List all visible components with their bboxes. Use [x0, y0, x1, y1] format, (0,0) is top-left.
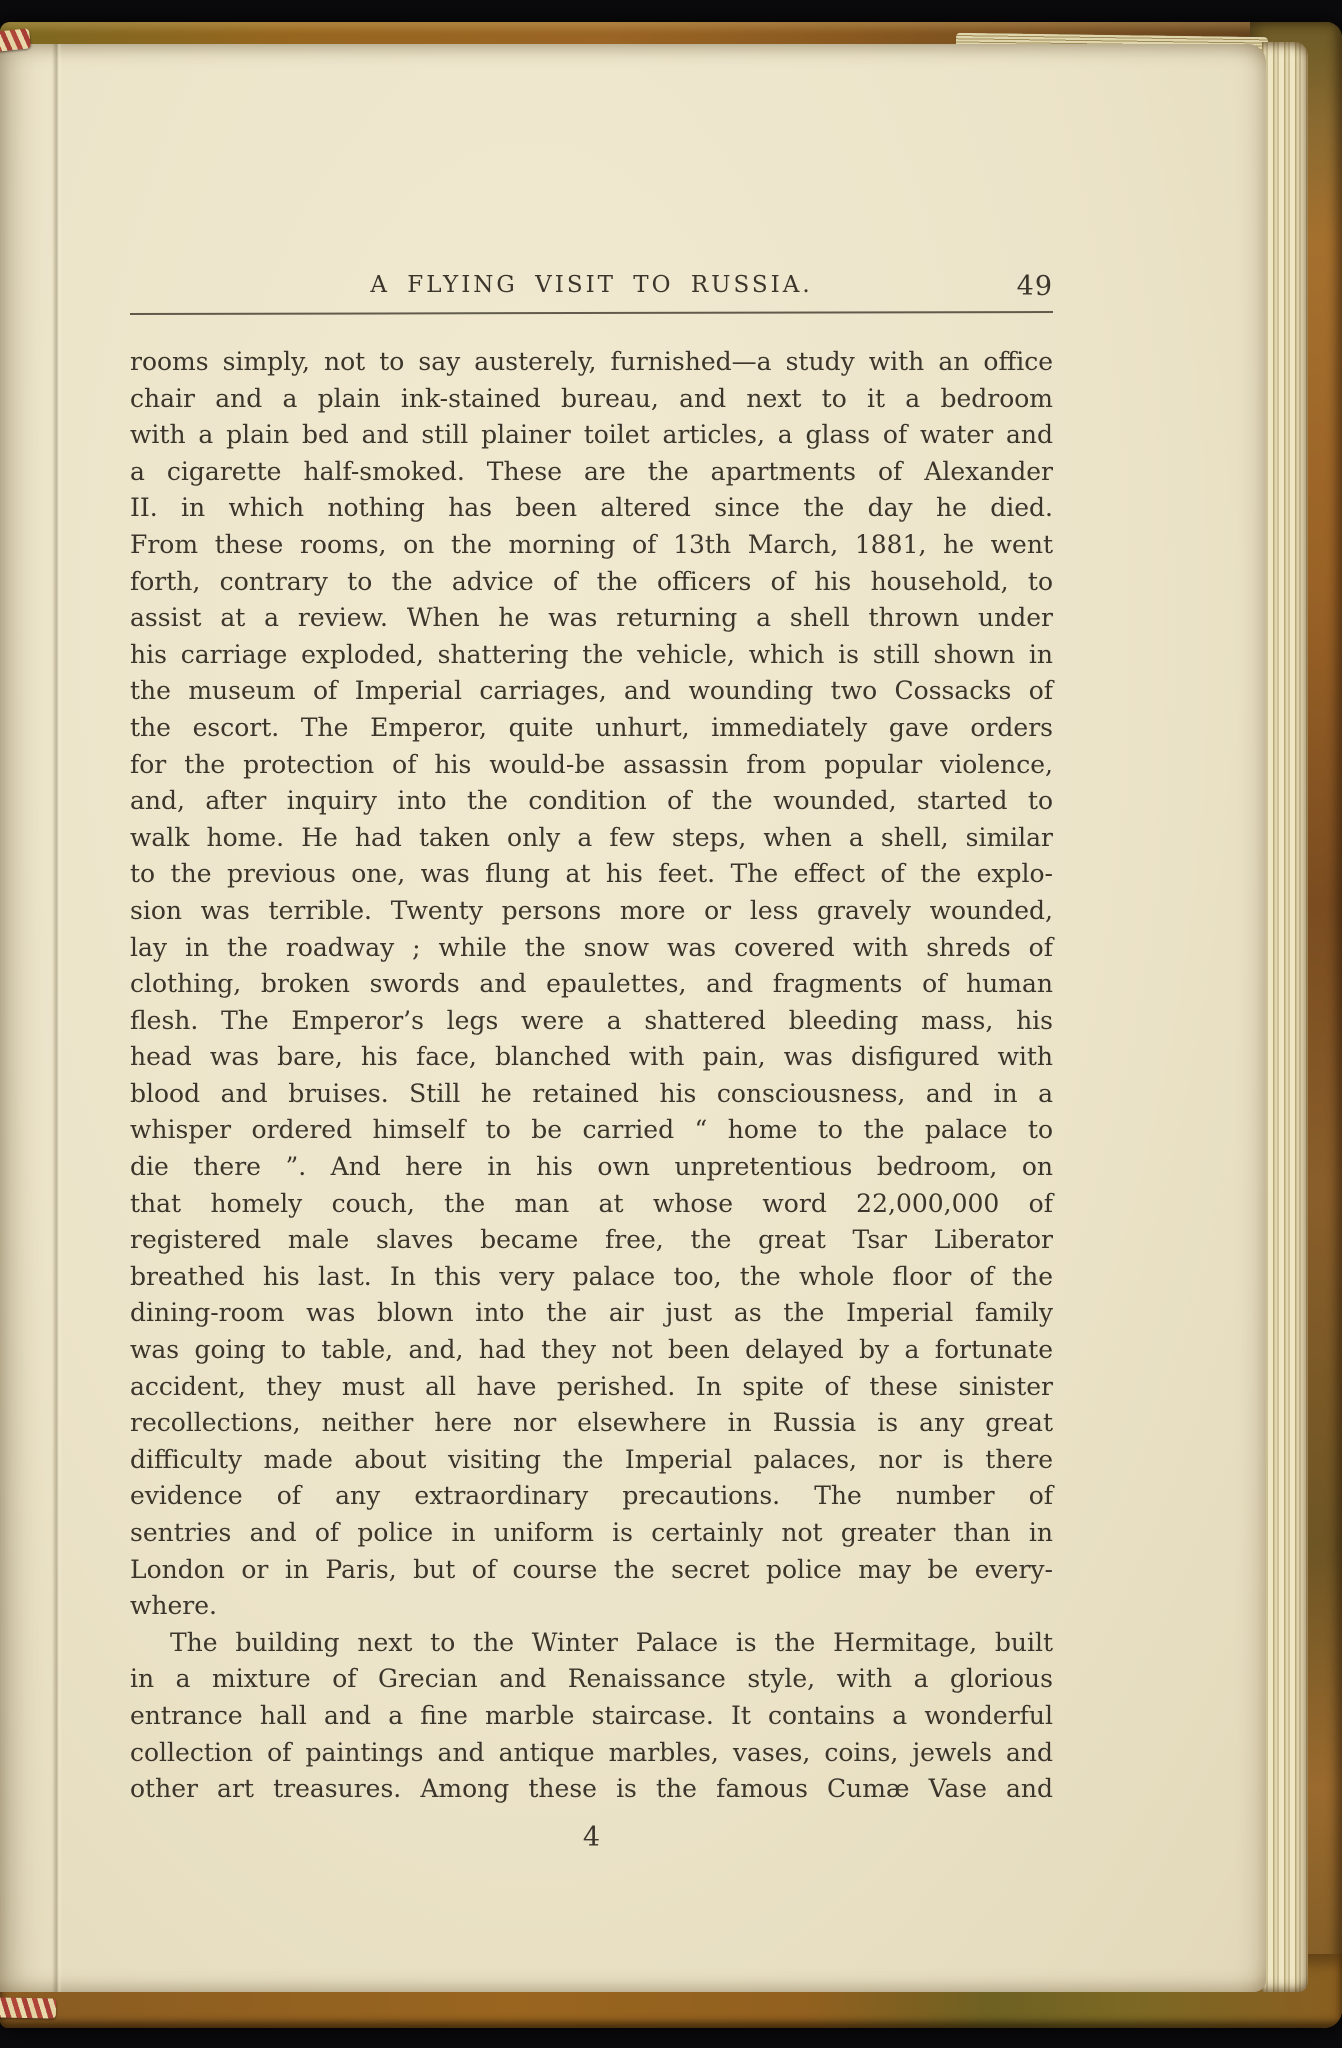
text-line: in a mixture of Grecian and Renaissance … [130, 1661, 1053, 1698]
text-line: was going to table, and, had they not be… [130, 1332, 1053, 1369]
text-line: the museum of Imperial carriages, and wo… [130, 673, 1053, 710]
text-line: II. in which nothing has been altered si… [130, 490, 1053, 527]
text-line: collection of paintings and antique marb… [130, 1735, 1053, 1772]
text-line: for the protection of his would-be assas… [130, 747, 1053, 784]
text-line: a cigarette half-smoked. These are the a… [130, 454, 1053, 491]
text-line: London or in Paris, but of course the se… [130, 1552, 1053, 1589]
text-line: breathed his last. In this very palace t… [130, 1259, 1053, 1296]
text-line: that homely couch, the man at whose word… [130, 1186, 1053, 1223]
headband-top [0, 28, 31, 51]
text-line: sion was terrible. Twenty persons more o… [130, 893, 1053, 930]
text-line: rooms simply, not to say austerely, furn… [130, 344, 1053, 381]
header-rule [130, 311, 1053, 315]
body-text: rooms simply, not to say austerely, furn… [130, 344, 1053, 1808]
gutter-crease [52, 44, 62, 1992]
text-line: forth, contrary to the advice of the off… [130, 564, 1053, 601]
book-page: A FLYING VISIT TO RUSSIA. 49 rooms simpl… [0, 44, 1266, 1992]
text-line: his carriage exploded, shattering the ve… [130, 637, 1053, 674]
text-line: recollections, neither here nor elsewher… [130, 1405, 1053, 1442]
text-line: walk home. He had taken only a few steps… [130, 820, 1053, 857]
printed-text-block: A FLYING VISIT TO RUSSIA. 49 rooms simpl… [130, 270, 1053, 1854]
page-stack-fore-edge [1262, 42, 1308, 1992]
text-line: flesh. The Emperor’s legs were a shatter… [130, 1003, 1053, 1040]
text-line: chair and a plain ink-stained bureau, an… [130, 381, 1053, 418]
text-line: head was bare, his face, blanched with p… [130, 1039, 1053, 1076]
text-line: to the previous one, was flung at his fe… [130, 856, 1053, 893]
text-line: registered male slaves became free, the … [130, 1222, 1053, 1259]
text-line: clothing, broken swords and epaulettes, … [130, 966, 1053, 1003]
text-line: evidence of any extraordinary precaution… [130, 1478, 1053, 1515]
text-line: blood and bruises. Still he retained his… [130, 1076, 1053, 1113]
text-line: assist at a review. When he was returnin… [130, 600, 1053, 637]
text-line: whisper ordered himself to be carried “ … [130, 1112, 1053, 1149]
text-line: and, after inquiry into the condition of… [130, 783, 1053, 820]
text-line: where. [130, 1588, 1053, 1625]
running-head: A FLYING VISIT TO RUSSIA. 49 [130, 270, 1053, 304]
text-line: From these rooms, on the morning of 13th… [130, 527, 1053, 564]
page-number: 49 [1017, 272, 1053, 302]
text-line: lay in the roadway ; while the snow was … [130, 930, 1053, 967]
text-line: entrance hall and a fine marble staircas… [130, 1698, 1053, 1735]
paragraph: The building next to the Winter Palace i… [130, 1625, 1053, 1808]
text-line: with a plain bed and still plainer toile… [130, 417, 1053, 454]
scanned-book-photo: { "page": { "header": { "title": "A FLYI… [0, 0, 1342, 2048]
paragraph: rooms simply, not to say austerely, furn… [130, 344, 1053, 1625]
text-line: accident, they must all have perished. I… [130, 1369, 1053, 1406]
page-title: A FLYING VISIT TO RUSSIA. [130, 270, 1053, 300]
text-line: difficulty made about visiting the Imper… [130, 1442, 1053, 1479]
text-line: The building next to the Winter Palace i… [130, 1625, 1053, 1662]
text-line: die there ”. And here in his own unprete… [130, 1149, 1053, 1186]
text-line: dining-room was blown into the air just … [130, 1295, 1053, 1332]
text-line: the escort. The Emperor, quite unhurt, i… [130, 710, 1053, 747]
signature-mark: 4 [130, 1822, 1053, 1854]
text-line: other art treasures. Among these is the … [130, 1771, 1053, 1808]
headband-bottom [0, 1997, 56, 2018]
text-line: sentries and of police in uniform is cer… [130, 1515, 1053, 1552]
